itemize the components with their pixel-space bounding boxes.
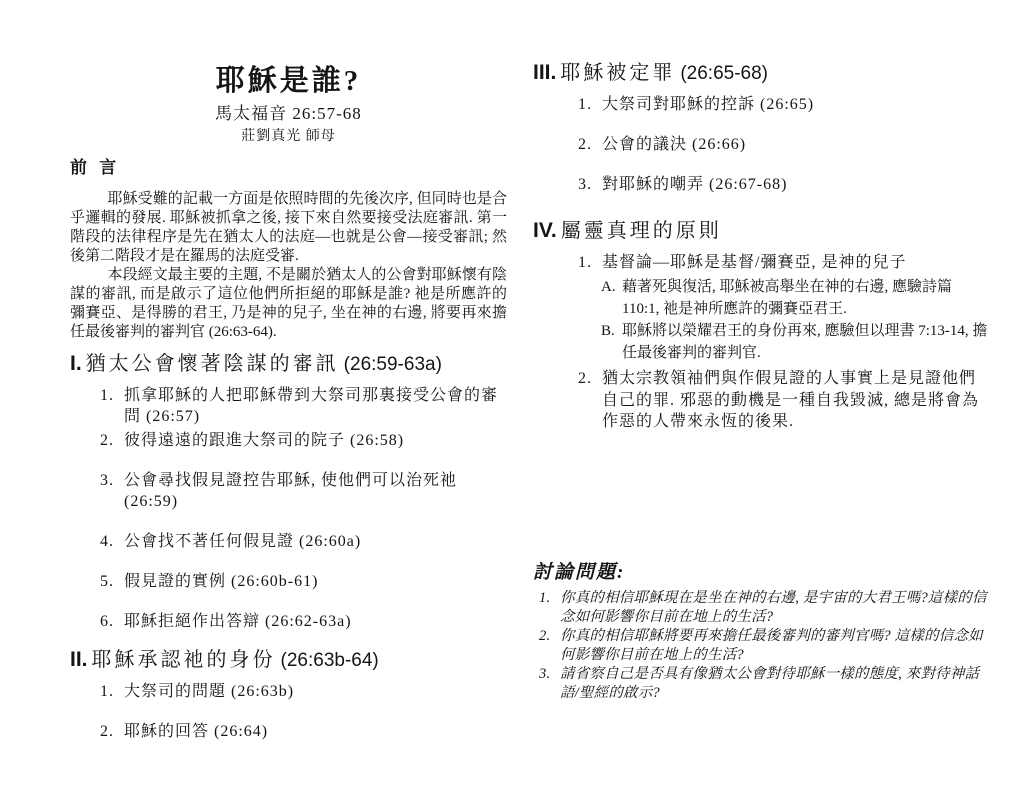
preface-paragraph-1: 耶穌受難的記載一方面是依照時間的先後次序, 但同時也是合乎邏輯的發展. 耶穌被抓… bbox=[70, 190, 507, 266]
author-line: 莊劉真光 師母 bbox=[70, 127, 507, 146]
item-text: 基督論—耶穌是基督/彌賽亞, 是神的兒子 bbox=[602, 254, 906, 271]
right-column: III.耶穌被定罪(26:65-68) 1.大祭司對耶穌的控訴 (26:65) … bbox=[533, 0, 991, 703]
section-iv-heading: IV.屬靈真理的原則 bbox=[533, 218, 991, 245]
item-number: 2. bbox=[578, 368, 592, 390]
item-number: 4. bbox=[100, 531, 114, 552]
outline-item: 1.基督論—耶穌是基督/彌賽亞, 是神的兒子 bbox=[578, 252, 991, 273]
item-number: 5. bbox=[100, 571, 114, 592]
item-text: 大祭司的問題 (26:63b) bbox=[124, 683, 294, 700]
outline-item: 3.對耶穌的嘲弄 (26:67-68) bbox=[578, 174, 991, 195]
section-iii-numeral: III. bbox=[533, 61, 556, 84]
document-header: 耶穌是誰? 馬太福音 26:57-68 莊劉真光 師母 bbox=[70, 64, 507, 146]
section-ii-ref: (26:63b-64) bbox=[281, 650, 379, 671]
discussion-question: 1.你真的相信耶穌現在是坐在神的右邊, 是宇宙的大君王嗎?這樣的信念如何影響你目… bbox=[539, 589, 991, 627]
item-text: 耶穌拒絕作出答辯 (26:62-63a) bbox=[124, 613, 352, 630]
section-i-heading: I.猶太公會懷著陰謀的審訊(26:59-63a) bbox=[70, 351, 507, 378]
discussion-question: 2.你真的相信耶穌將要再來擔任最後審判的審判官嗎? 這樣的信念如何影響你目前在地… bbox=[539, 627, 991, 665]
outline-subitem: B.耶穌將以榮耀君王的身份再來, 應驗但以理書 7:13-14, 擔任最後審判的… bbox=[601, 320, 991, 364]
question-text: 你真的相信耶穌現在是坐在神的右邊, 是宇宙的大君王嗎?這樣的信念如何影響你目前在… bbox=[560, 590, 987, 625]
outline-item: 4.公會找不著任何假見證 (26:60a) bbox=[100, 531, 507, 552]
section-i: I.猶太公會懷著陰謀的審訊(26:59-63a) 1.抓拿耶穌的人把耶穌帶到大祭… bbox=[70, 351, 507, 632]
item-number: 6. bbox=[100, 611, 114, 632]
outline-item: 2.公會的議決 (26:66) bbox=[578, 134, 991, 155]
section-iv-title: 屬靈真理的原則 bbox=[561, 220, 722, 242]
left-column: 耶穌是誰? 馬太福音 26:57-68 莊劉真光 師母 前 言 耶穌受難的記載一… bbox=[70, 0, 507, 742]
question-number: 3. bbox=[539, 665, 550, 684]
item-number: 3. bbox=[578, 174, 592, 195]
section-iii-title: 耶穌被定罪 bbox=[560, 62, 675, 84]
question-number: 2. bbox=[539, 627, 550, 646]
section-i-ref: (26:59-63a) bbox=[344, 354, 442, 375]
outline-item: 5.假見證的實例 (26:60b-61) bbox=[100, 571, 507, 592]
item-number: 2. bbox=[100, 721, 114, 742]
item-number: 1. bbox=[100, 385, 114, 406]
outline-item: 1.大祭司對耶穌的控訴 (26:65) bbox=[578, 94, 991, 115]
outline-item: 2.彼得遠遠的跟進大祭司的院子 (26:58) bbox=[100, 430, 507, 451]
discussion-heading: 討論問題: bbox=[533, 561, 991, 585]
item-number: 2. bbox=[578, 134, 592, 155]
item-number: 1. bbox=[578, 94, 592, 115]
section-iii-heading: III.耶穌被定罪(26:65-68) bbox=[533, 60, 991, 87]
question-text: 請省察自己是否具有像猶太公會對待耶穌一樣的態度, 來對待神話語/聖經的啟示? bbox=[560, 666, 979, 701]
section-iv: IV.屬靈真理的原則 1.基督論—耶穌是基督/彌賽亞, 是神的兒子 A.藉著死與… bbox=[533, 218, 991, 433]
discussion-question: 3.請省察自己是否具有像猶太公會對待耶穌一樣的態度, 來對待神話語/聖經的啟示? bbox=[539, 665, 991, 703]
outline-item: 1.抓拿耶穌的人把耶穌帶到大祭司那裏接受公會的審問 (26:57) bbox=[100, 385, 507, 427]
item-text: 猶太宗教領袖們與作假見證的人事實上是見證他們自己的罪. 邪惡的動機是一種自我毀滅… bbox=[602, 370, 979, 430]
subitem-letter: A. bbox=[601, 276, 616, 298]
item-text: 彼得遠遠的跟進大祭司的院子 (26:58) bbox=[124, 432, 404, 449]
item-text: 公會尋找假見證控告耶穌, 使他們可以治死祂 (26:59) bbox=[124, 472, 457, 510]
item-text: 耶穌的回答 (26:64) bbox=[124, 723, 268, 740]
section-iii: III.耶穌被定罪(26:65-68) 1.大祭司對耶穌的控訴 (26:65) … bbox=[533, 60, 991, 195]
outline-subitem: A.藉著死與復活, 耶穌被高舉坐在神的右邊, 應驗詩篇 110:1, 祂是神所應… bbox=[601, 276, 991, 320]
section-ii: II.耶穌承認祂的身份(26:63b-64) 1.大祭司的問題 (26:63b)… bbox=[70, 647, 507, 742]
item-text: 公會的議決 (26:66) bbox=[602, 136, 746, 153]
discussion-section: 討論問題: 1.你真的相信耶穌現在是坐在神的右邊, 是宇宙的大君王嗎?這樣的信念… bbox=[533, 561, 991, 703]
section-i-title: 猶太公會懷著陰謀的審訊 bbox=[86, 353, 339, 375]
question-text: 你真的相信耶穌將要再來擔任最後審判的審判官嗎? 這樣的信念如何影響你目前在地上的… bbox=[560, 628, 983, 663]
outline-item: 1.大祭司的問題 (26:63b) bbox=[100, 681, 507, 702]
item-text: 公會找不著任何假見證 (26:60a) bbox=[124, 533, 361, 550]
item-text: 抓拿耶穌的人把耶穌帶到大祭司那裏接受公會的審問 (26:57) bbox=[124, 387, 498, 425]
item-number: 1. bbox=[578, 252, 592, 273]
section-iv-numeral: IV. bbox=[533, 219, 557, 242]
section-iii-ref: (26:65-68) bbox=[680, 63, 768, 84]
section-i-numeral: I. bbox=[70, 352, 82, 375]
section-ii-numeral: II. bbox=[70, 648, 88, 671]
section-ii-title: 耶穌承認祂的身份 bbox=[92, 649, 276, 671]
item-text: 假見證的實例 (26:60b-61) bbox=[124, 573, 318, 590]
scripture-reference: 馬太福音 26:57-68 bbox=[70, 102, 507, 126]
question-number: 1. bbox=[539, 589, 550, 608]
outline-item: 3.公會尋找假見證控告耶穌, 使他們可以治死祂 (26:59) bbox=[100, 470, 507, 512]
discussion-questions: 1.你真的相信耶穌現在是坐在神的右邊, 是宇宙的大君王嗎?這樣的信念如何影響你目… bbox=[539, 589, 991, 703]
outline-item: 6.耶穌拒絕作出答辯 (26:62-63a) bbox=[100, 611, 507, 632]
outline-item: 2.耶穌的回答 (26:64) bbox=[100, 721, 507, 742]
section-i-items: 1.抓拿耶穌的人把耶穌帶到大祭司那裏接受公會的審問 (26:57) 2.彼得遠遠… bbox=[100, 385, 507, 632]
preface-heading: 前 言 bbox=[70, 156, 507, 180]
subitem-text: 藉著死與復活, 耶穌被高舉坐在神的右邊, 應驗詩篇 110:1, 祂是神所應許的… bbox=[622, 279, 952, 317]
outline-item: 2.猶太宗教領袖們與作假見證的人事實上是見證他們自己的罪. 邪惡的動機是一種自我… bbox=[578, 368, 991, 433]
subitem-letter: B. bbox=[601, 320, 615, 342]
item-number: 3. bbox=[100, 470, 114, 491]
item-number: 2. bbox=[100, 430, 114, 451]
item-number: 1. bbox=[100, 681, 114, 702]
section-iii-items: 1.大祭司對耶穌的控訴 (26:65) 2.公會的議決 (26:66) 3.對耶… bbox=[578, 94, 991, 195]
page-title: 耶穌是誰? bbox=[70, 64, 507, 98]
sermon-outline-page: 耶穌是誰? 馬太福音 26:57-68 莊劉真光 師母 前 言 耶穌受難的記載一… bbox=[0, 0, 1024, 791]
preface-paragraph-2: 本段經文最主要的主題, 不是關於猶太人的公會對耶穌懷有陰謀的審訊, 而是啟示了這… bbox=[70, 266, 507, 342]
item-text: 大祭司對耶穌的控訴 (26:65) bbox=[602, 96, 814, 113]
subitem-text: 耶穌將以榮耀君王的身份再來, 應驗但以理書 7:13-14, 擔任最後審判的審判… bbox=[622, 323, 987, 361]
section-iv-items: 1.基督論—耶穌是基督/彌賽亞, 是神的兒子 A.藉著死與復活, 耶穌被高舉坐在… bbox=[578, 252, 991, 433]
section-ii-heading: II.耶穌承認祂的身份(26:63b-64) bbox=[70, 647, 507, 674]
item-text: 對耶穌的嘲弄 (26:67-68) bbox=[602, 176, 787, 193]
section-ii-items: 1.大祭司的問題 (26:63b) 2.耶穌的回答 (26:64) bbox=[100, 681, 507, 742]
section-iv-subitems: A.藉著死與復活, 耶穌被高舉坐在神的右邊, 應驗詩篇 110:1, 祂是神所應… bbox=[601, 276, 991, 364]
